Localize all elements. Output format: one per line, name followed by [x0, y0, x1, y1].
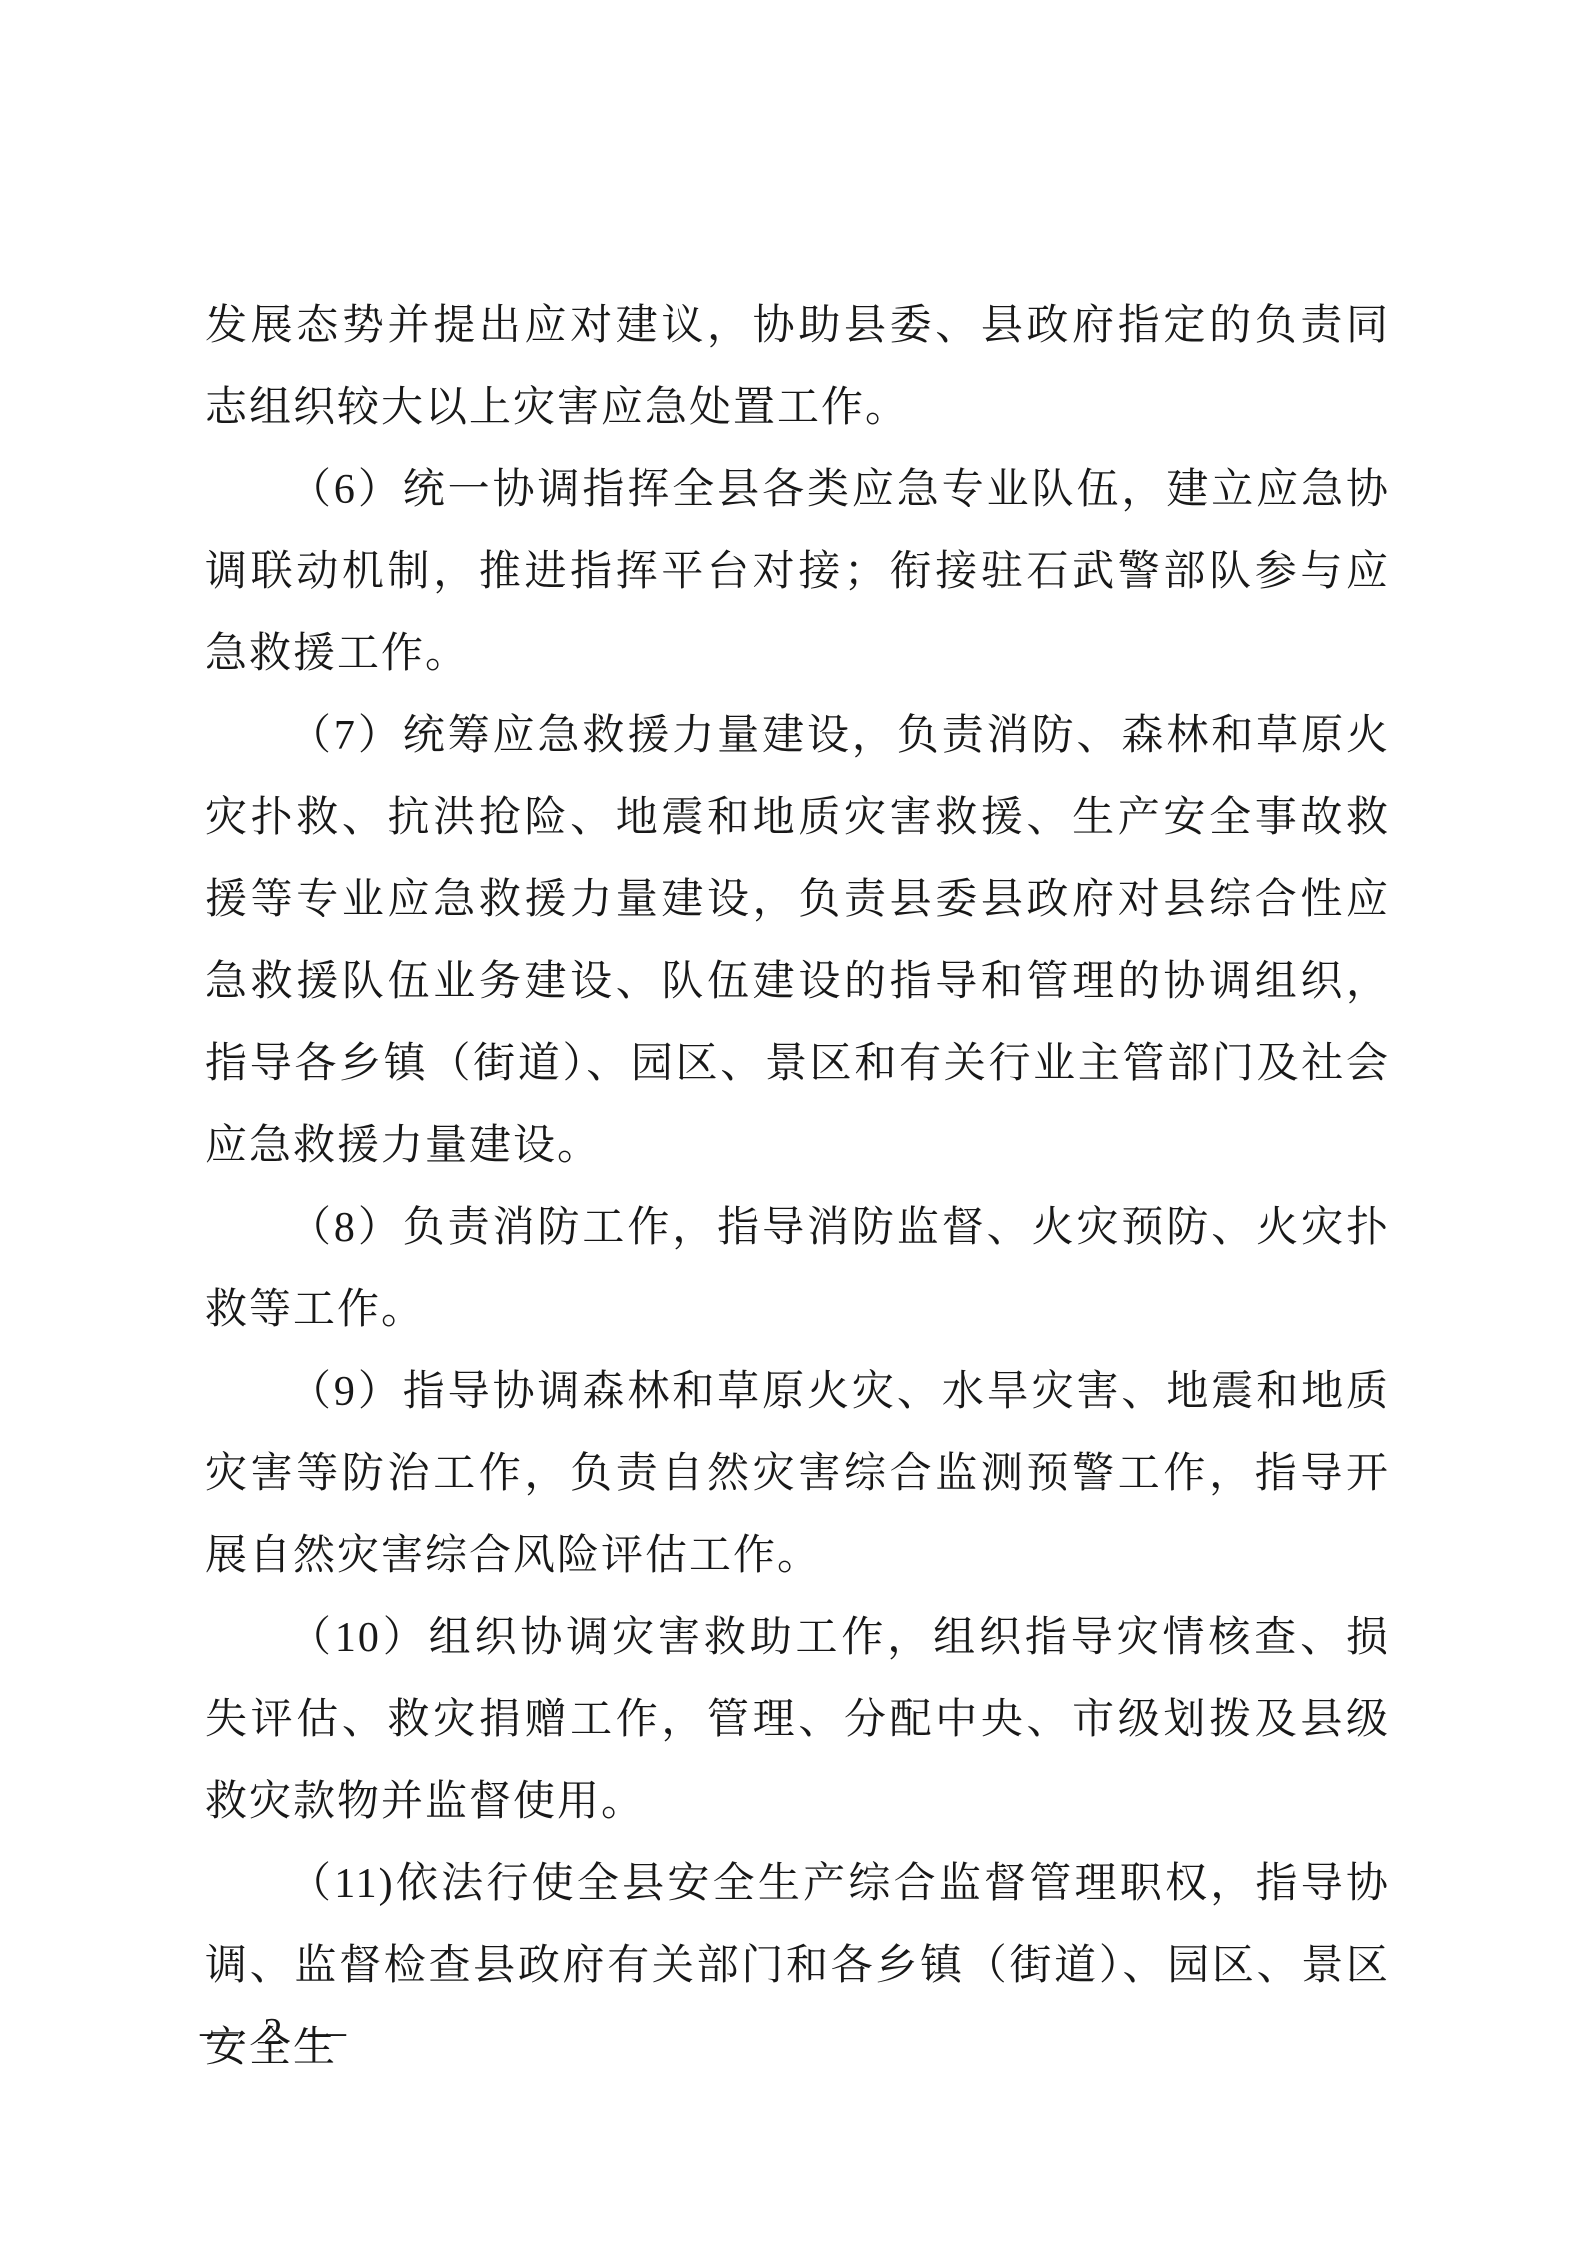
paragraph-item-7: （7）统筹应急救援力量建设，负责消防、森林和草原火灾扑救、抗洪抢险、地震和地质灾…: [205, 695, 1390, 1187]
paragraph-continuation: 发展态势并提出应对建议，协助县委、县政府指定的负责同志组织较大以上灾害应急处置工…: [205, 285, 1390, 449]
paragraph-item-11: （11)依法行使全县安全生产综合监督管理职权，指导协调、监督检查县政府有关部门和…: [205, 1843, 1390, 2089]
paragraph-item-9: （9）指导协调森林和草原火灾、水旱灾害、地震和地质灾害等防治工作，负责自然灾害综…: [205, 1351, 1390, 1597]
document-page: 发展态势并提出应对建议，协助县委、县政府指定的负责同志组织较大以上灾害应急处置工…: [0, 0, 1587, 2245]
paragraph-item-10: （10）组织协调灾害救助工作，组织指导灾情核查、损失评估、救灾捐赠工作，管理、分…: [205, 1597, 1390, 1843]
paragraph-item-8: （8）负责消防工作，指导消防监督、火灾预防、火灾扑救等工作。: [205, 1187, 1390, 1351]
page-number: — 2 —: [200, 2008, 354, 2056]
document-text-block: 发展态势并提出应对建议，协助县委、县政府指定的负责同志组织较大以上灾害应急处置工…: [205, 285, 1390, 2089]
paragraph-item-6: （6）统一协调指挥全县各类应急专业队伍，建立应急协调联动机制，推进指挥平台对接；…: [205, 449, 1390, 695]
